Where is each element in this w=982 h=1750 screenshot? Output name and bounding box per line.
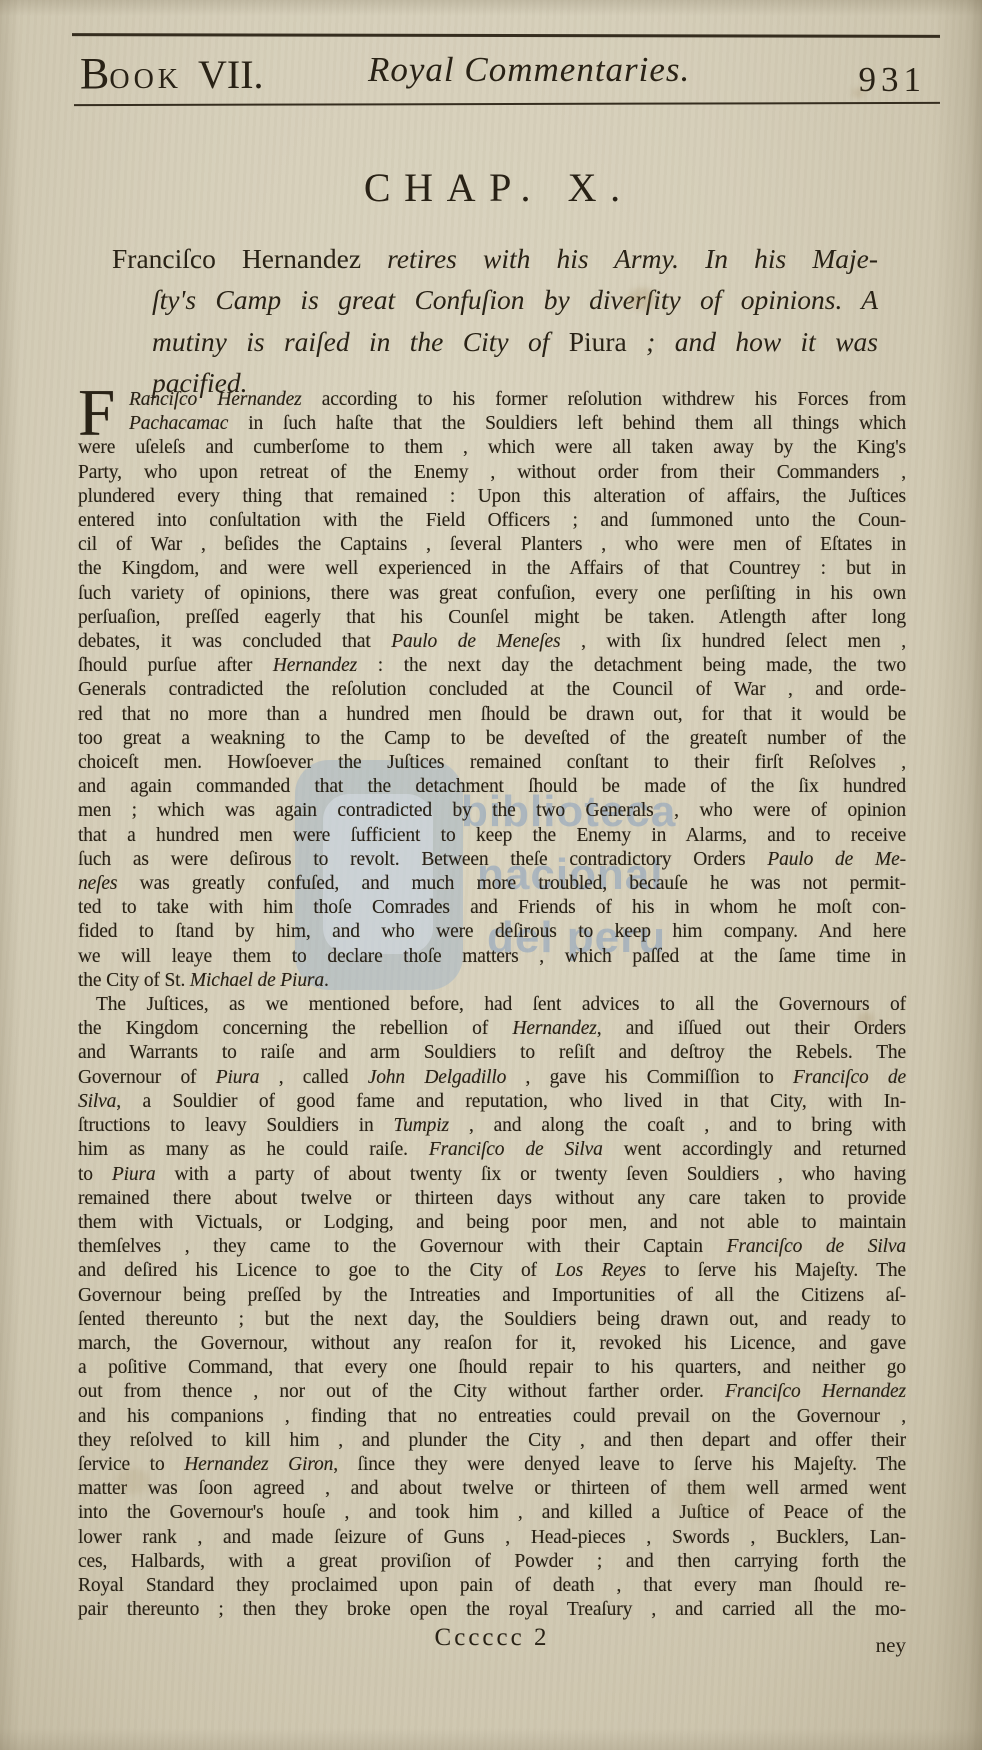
text-segment: Hernandez [512,1018,596,1039]
text-line: remained there about twelve or thirteen … [78,1187,906,1211]
text-line: Governour being preſſed by the Intreatie… [78,1284,906,1308]
text-line: and Warrants to raiſe and arm Souldiers … [78,1041,906,1065]
text-segment: ſervice to [78,1454,184,1475]
text-line: him as many as he could raiſe. Franciſco… [78,1138,906,1162]
text-segment: went accordingly and returned [603,1139,906,1160]
text-segment: perſuaſion, preſſed eagerly that his Cou… [78,607,906,628]
text-line: to Piura with a party of about twenty ſi… [78,1163,906,1187]
text-segment: Generals contradicted the reſolution con… [78,679,906,700]
text-segment: Piura [216,1067,260,1088]
text-line: mutiny is raiſed in the City of Piura ; … [112,321,878,362]
text-segment: to ſerve his Majeſty. The [646,1260,906,1281]
text-segment: , and iſſued out their Orders [597,1018,906,1039]
text-segment: Governour being preſſed by the Intreatie… [78,1285,906,1306]
text-segment: Franciſco de Silva [727,1236,906,1257]
text-segment: , called [259,1067,367,1088]
text-line: Silva, a Souldier of good fame and reput… [78,1090,906,1114]
text-line: ſty's Camp is great Confuſion by diverſi… [112,279,878,320]
text-segment: ſuch as were deſirous to revolt. Between… [78,849,767,870]
text-line: Royal Standard they proclaimed upon pain… [78,1574,906,1598]
text-line: that a hundred men were ſufficient to ke… [78,824,906,848]
text-line: the Kingdom, and were well experienced i… [78,557,906,581]
text-line: cil of War , beſides the Captains , ſeve… [78,533,906,557]
text-segment: that a hundred men were ſufficient to ke… [78,825,906,846]
text-line: the Kingdom concerning the rebellion of … [78,1017,906,1041]
text-line: ces, Halbards, with a great proviſion of… [78,1550,906,1574]
text-segment: too great a weakning to the Camp to be d… [78,728,906,749]
text-line: ſuch variety of opinions, there was grea… [78,582,906,606]
text-segment: the Kingdom concerning the rebellion of [78,1018,512,1039]
text-segment: and again commanded that the detachment … [78,776,906,797]
text-segment: ſuch variety of opinions, there was grea… [78,583,906,604]
text-segment: Paulo de Meneſes [391,631,560,652]
text-segment: Piura [112,1164,156,1185]
text-line: men ; which was again contradicted by th… [78,799,906,823]
text-segment: ; and how it was [627,326,878,357]
text-line: and his companions , finding that no ent… [78,1405,906,1429]
text-segment: themſelves , they came to the Governour … [78,1236,727,1257]
text-line: entered into conſultation with the Field… [78,509,906,533]
text-segment: Party, who upon retreat of the Enemy , w… [78,462,906,483]
text-line: red that no more than a hundred men ſhou… [78,703,906,727]
text-segment: cil of War , beſides the Captains , ſeve… [78,534,906,555]
text-segment: Pachacamac [129,413,228,434]
text-line: they reſolved to kill him , and plunder … [78,1429,906,1453]
text-line: the City of St. Michael de Piura. [78,969,906,993]
body-paragraph: FRanciſco Hernandez according to his for… [78,388,906,993]
text-line: The Juſtices, as we mentioned before, ha… [78,993,906,1017]
text-line: too great a weakning to the Camp to be d… [78,727,906,751]
text-segment: , with ſix hundred ſelect men , [560,631,906,652]
book-label: BOOKVII. [80,48,264,99]
text-line: out from thence , nor out of the City wi… [78,1380,906,1404]
text-line: and deſired his Licence to goe to the Ci… [78,1259,906,1283]
text-segment: march, the Governour, without any reaſon… [78,1333,906,1354]
text-line: neſes was greatly confuſed, and much mor… [78,872,906,896]
text-segment: ſented thereunto ; but the next day, the… [78,1309,906,1330]
text-line: ſhould purſue after Hernandez : the next… [78,654,906,678]
text-segment: out from thence , nor out of the City wi… [78,1381,725,1402]
text-segment: they reſolved to kill him , and plunder … [78,1430,906,1451]
text-segment: Los Reyes [555,1260,646,1281]
text-line: lower rank , and made ſeizure of Guns , … [78,1526,906,1550]
text-line: Pachacamac in ſuch haſte that the Souldi… [78,412,906,436]
text-line: ſtructions to leavy Souldiers in Tumpiz … [78,1114,906,1138]
text-segment: neſes [78,873,117,894]
text-segment: were uſeleſs and cumberſome to them , wh… [78,437,906,458]
text-segment: in ſuch haſte that the Souldiers left be… [228,413,906,434]
text-segment: ces, Halbards, with a great proviſion of… [78,1551,906,1572]
text-segment: Silva [78,1091,116,1112]
text-line: choiceſt men. Howſoever the Juſtices rem… [78,751,906,775]
text-line: perſuaſion, preſſed eagerly that his Cou… [78,606,906,630]
text-line: Generals contradicted the reſolution con… [78,678,906,702]
text-segment: Tumpiz [394,1115,449,1136]
text-segment: ſtructions to leavy Souldiers in [78,1115,394,1136]
body-text: FRanciſco Hernandez according to his for… [78,388,906,1622]
text-segment: , a Souldier of good fame and reputation… [116,1091,906,1112]
text-segment: to [78,1164,112,1185]
text-segment: mutiny is raiſed in the City of [152,326,569,357]
text-segment: according to his former reſolution withd… [302,389,906,410]
text-segment: Hernandez Giron [184,1454,333,1475]
text-segment: ted to take with him thoſe Comrades and … [78,897,906,918]
text-segment: red that no more than a hundred men ſhou… [78,704,906,725]
text-segment: retires with his Army. In his Maje- [387,243,878,274]
drop-cap: F [78,388,122,436]
text-line: Party, who upon retreat of the Enemy , w… [78,461,906,485]
text-line: them with Victuals, or Lodging, and bein… [78,1211,906,1235]
text-segment: plundered every thing that remained : Up… [78,486,906,507]
catchword: ney [876,1633,906,1658]
text-line: ſuch as were deſirous to revolt. Between… [78,848,906,872]
text-segment: debates, it was concluded that [78,631,391,652]
text-segment: him as many as he could raiſe. [78,1139,429,1160]
book-word-smallcaps: OOK [109,64,182,95]
text-line: plundered every thing that remained : Up… [78,485,906,509]
text-segment: John Delgadillo [368,1067,507,1088]
text-segment: Royal Standard they proclaimed upon pain… [78,1575,906,1596]
text-line: ted to take with him thoſe Comrades and … [78,896,906,920]
text-segment: Franciſco Hernandez [112,243,387,274]
text-segment: into the Governour's houſe , and took hi… [78,1502,906,1523]
text-segment: Piura [569,326,627,357]
chapter-summary: Franciſco Hernandez retires with his Arm… [112,238,878,403]
text-segment: we will leaye them to declare thoſe matt… [78,946,906,967]
text-segment: with a party of about twenty ſix or twen… [156,1164,906,1185]
body-paragraph: The Juſtices, as we mentioned before, ha… [78,993,906,1622]
text-segment: choiceſt men. Howſoever the Juſtices rem… [78,752,906,773]
text-segment: men ; which was again contradicted by th… [78,800,906,821]
text-segment: entered into conſultation with the Field… [78,510,906,531]
text-segment: remained there about twelve or thirteen … [78,1188,906,1209]
text-line: Ranciſco Hernandez according to his form… [78,388,906,412]
text-line: and again commanded that the detachment … [78,775,906,799]
text-segment: Franciſco Hernandez [725,1381,906,1402]
text-segment: Paulo de Me- [767,849,906,870]
page-number: 931 [859,60,927,100]
text-line: debates, it was concluded that Paulo de … [78,630,906,654]
text-segment: fided to ſtand by him, and who were deſi… [78,921,906,942]
text-segment: , and along the coaſt , and to bring wit… [449,1115,906,1136]
text-segment: pair thereunto ; then they broke open th… [78,1599,906,1620]
text-line: pair thereunto ; then they broke open th… [78,1598,906,1622]
text-segment: . [324,970,329,991]
text-segment: the Kingdom, and were well experienced i… [78,558,906,579]
text-segment: ſty's Camp is great Confuſion by diverſi… [152,284,878,315]
text-segment: Ranciſco Hernandez [129,389,302,410]
text-segment: matter was ſoon agreed , and about twelv… [78,1478,906,1499]
text-segment: The Juſtices, as we mentioned before, ha… [96,994,906,1015]
text-line: we will leaye them to declare thoſe matt… [78,945,906,969]
running-title: Royal Commentaries. [368,50,690,90]
chapter-heading: CHAP. X. [78,164,906,211]
text-line: themſelves , they came to the Governour … [78,1235,906,1259]
text-line: into the Governour's houſe , and took hi… [78,1501,906,1525]
text-segment: ſhould purſue after [78,655,273,676]
text-segment: Franciſco de [793,1067,906,1088]
book-word-initial: B [80,49,109,98]
text-segment: Hernandez [273,655,357,676]
signature-mark: Cccccc 2 [78,1624,906,1652]
top-rule [72,33,940,38]
text-line: Governour of Piura , called John Delgadi… [78,1066,906,1090]
book-page: biblioteca nacional del peru BOOKVII. Ro… [0,0,982,1750]
text-line: ſervice to Hernandez Giron, ſince they w… [78,1453,906,1477]
text-line: were uſeleſs and cumberſome to them , wh… [78,436,906,460]
text-segment: them with Victuals, or Lodging, and bein… [78,1212,906,1233]
text-line: ſented thereunto ; but the next day, the… [78,1308,906,1332]
header-rule [74,102,940,106]
text-segment: Governour of [78,1067,216,1088]
text-segment: : the next day the detachment being made… [357,655,906,676]
text-line: Franciſco Hernandez retires with his Arm… [112,238,878,279]
text-line: fided to ſtand by him, and who were deſi… [78,920,906,944]
book-number: VII. [198,52,264,97]
text-segment: a poſitive Command, that every one ſhoul… [78,1357,906,1378]
text-segment: was greatly confuſed, and much more trou… [117,873,906,894]
text-segment: Franciſco de Silva [429,1139,603,1160]
text-segment: lower rank , and made ſeizure of Guns , … [78,1527,906,1548]
text-line: a poſitive Command, that every one ſhoul… [78,1356,906,1380]
text-segment: , gave his Commiſſion to [506,1067,793,1088]
text-segment: the City of St. [78,970,190,991]
text-segment: , ſince they were denyed leave to ſerve … [333,1454,906,1475]
text-line: march, the Governour, without any reaſon… [78,1332,906,1356]
text-segment: and deſired his Licence to goe to the Ci… [78,1260,555,1281]
page-footer: Cccccc 2 ney [78,1624,906,1658]
text-segment: and his companions , finding that no ent… [78,1406,906,1427]
text-segment: and Warrants to raiſe and arm Souldiers … [78,1042,906,1063]
text-segment: Michael de Piura [190,970,324,991]
text-line: matter was ſoon agreed , and about twelv… [78,1477,906,1501]
